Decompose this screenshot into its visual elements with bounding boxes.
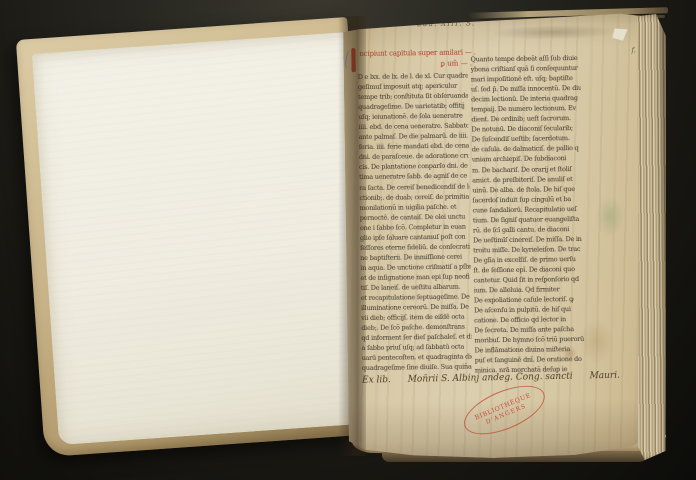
text-column-left: D e lxx. de lx. de l. de xl. Cur quadrag… xyxy=(358,71,472,376)
left-cover-assembly xyxy=(16,17,376,457)
library-stamp: BIBLIOTHÈQUE D'ANGERS xyxy=(457,376,551,444)
text-column-right: Quanto tempe debeāt aſſi ſub diuieybona … xyxy=(470,53,584,377)
fore-edge-leaves xyxy=(634,14,671,460)
left-blank-page xyxy=(32,31,384,445)
parchment-stain xyxy=(493,24,613,40)
rubric-line-2: ꝑ um̃ — . xyxy=(441,59,473,67)
parchment-stain xyxy=(595,196,624,236)
shelfmark-inscription: 2da. XIII. S. xyxy=(417,18,475,28)
rubric-line-1: ncipiunt capitula super amilari — . xyxy=(359,48,475,58)
manuscript-folio-page: 2da. XIII. S. f. 1. ncipiunt capitula su… xyxy=(343,6,671,466)
ex-libris-part: Mauri. xyxy=(589,371,620,382)
book-gutter xyxy=(338,16,366,456)
manuscript-photo: 2da. XIII. S. f. 1. ncipiunt capitula su… xyxy=(0,0,696,480)
ex-libris-part: Ex lib. xyxy=(362,375,391,386)
ex-libris-part: Mon̄rii S. Albinj andeg. Cong. sancti xyxy=(408,372,573,385)
